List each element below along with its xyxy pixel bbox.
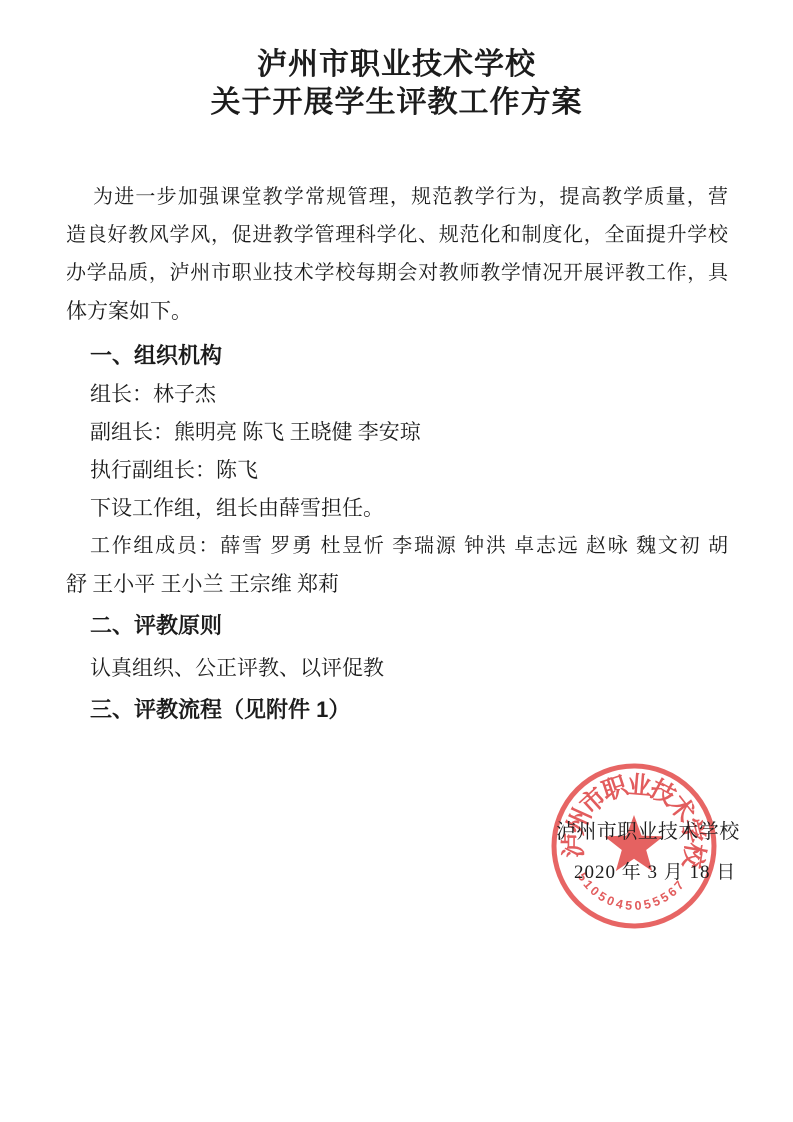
paragraph-line: 体方案如下。 (66, 292, 728, 330)
group-leader-line: 组长：林子杰 (66, 375, 728, 413)
executive-deputy-leader-line: 执行副组长：陈飞 (66, 451, 728, 489)
document-page: 泸州市职业技术学校 关于开展学生评教工作方案 为进一步加强课堂教学常规管理，规范… (0, 0, 793, 1122)
working-group-line: 下设工作组，组长由薛雪担任。 (66, 489, 728, 527)
paragraph-line: 为进一步加强课堂教学常规管理，规范教学行为，提高教学质量，营 (66, 178, 728, 216)
working-group-members-continued: 舒 王小平 王小兰 王宗维 郑莉 (66, 565, 728, 603)
principles-line: 认真组织、公正评教、以评促教 (66, 649, 728, 687)
paragraph-line: 办学品质，泸州市职业技术学校每期会对教师教学情况开展评教工作，具 (66, 254, 728, 292)
signature-school-name: 泸州市职业技术学校 (556, 819, 740, 845)
official-seal: 泸州市职业技术学校 5105045055567 (524, 736, 744, 956)
section-heading-organization: 一、组织机构 (66, 337, 728, 375)
working-group-members-line: 工作组成员：薛雪 罗勇 杜昱忻 李瑞源 钟洪 卓志远 赵咏 魏文初 胡 (66, 527, 728, 565)
signature-date: 2020 年 3 月 18 日 (574, 860, 736, 885)
document-body: 为进一步加强课堂教学常规管理，规范教学行为，提高教学质量，营 造良好教风学风，促… (66, 178, 728, 729)
deputy-leaders-line: 副组长：熊明亮 陈飞 王晓健 李安琼 (66, 413, 728, 451)
title-line-2: 关于开展学生评教工作方案 (0, 84, 793, 122)
document-title: 泸州市职业技术学校 关于开展学生评教工作方案 (0, 0, 793, 122)
paragraph-line: 造良好教风学风，促进教学管理科学化、规范化和制度化，全面提升学校 (66, 216, 728, 254)
title-line-1: 泸州市职业技术学校 (0, 46, 793, 84)
section-heading-principles: 二、评教原则 (66, 607, 728, 645)
section-heading-process: 三、评教流程（见附件 1） (66, 691, 728, 729)
